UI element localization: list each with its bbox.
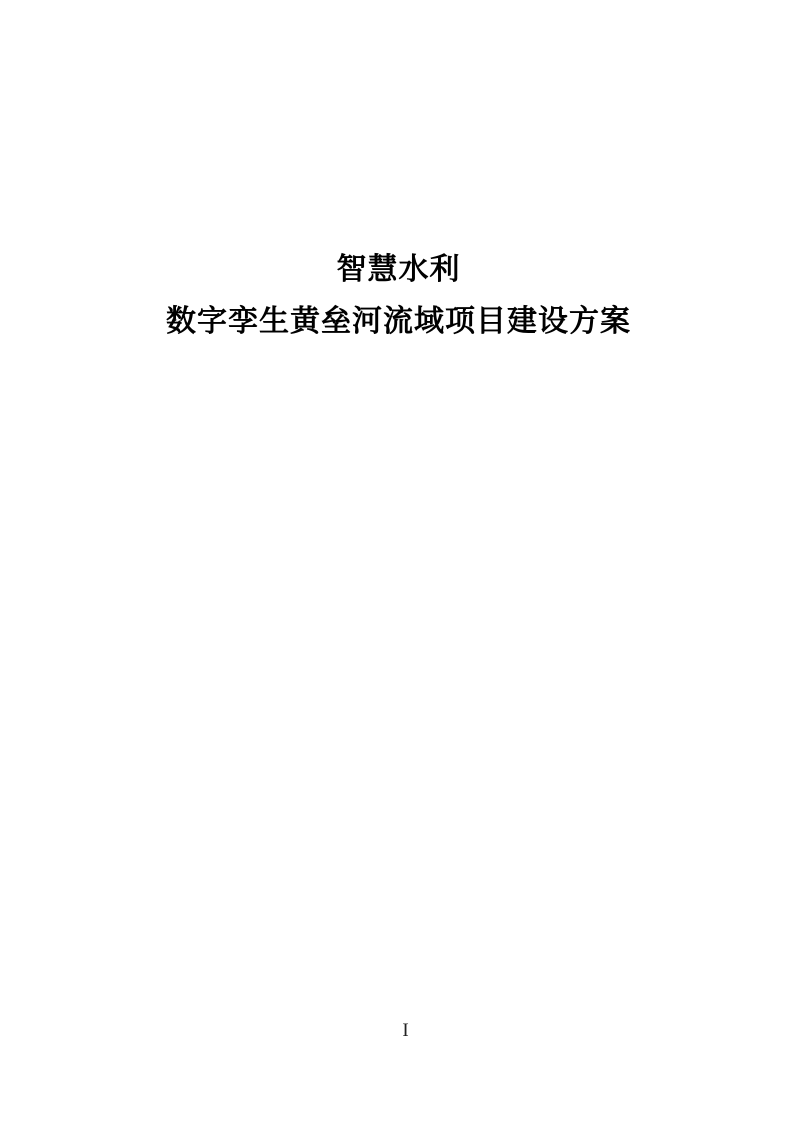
document-title-line-2: 数字孪生黄垒河流域项目建设方案	[4, 296, 793, 348]
page-number: I	[402, 1020, 408, 1041]
title-block: 智慧水利 数字孪生黄垒河流域项目建设方案	[4, 244, 793, 348]
document-page: 智慧水利 数字孪生黄垒河流域项目建设方案 I	[0, 0, 793, 1122]
page-footer: I	[0, 1020, 793, 1042]
document-title-line-1: 智慧水利	[4, 244, 793, 296]
